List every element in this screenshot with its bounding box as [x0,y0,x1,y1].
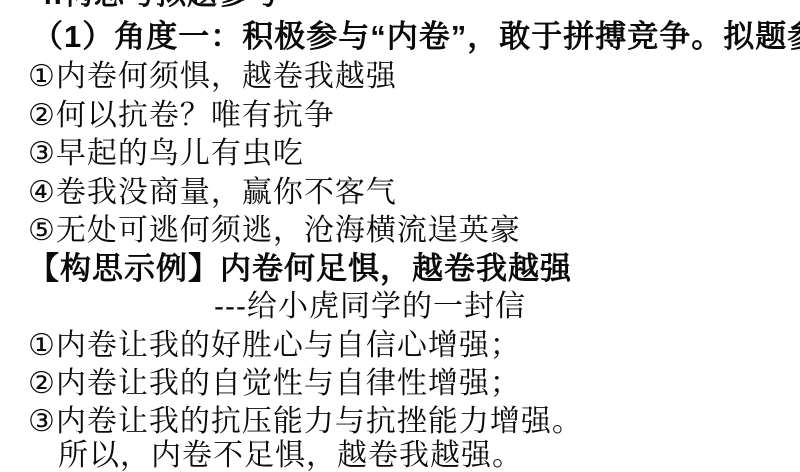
example-heading: 【构思示例】内卷何足惧，越卷我越强 [28,250,572,288]
clipped-top-heading: 4.构思与拟题参考 [36,0,280,14]
title-option-3: ③早起的鸟儿有虫吃 [28,135,304,173]
example-subtitle: ---给小虎同学的一封信 [214,288,526,326]
example-point-2: ②内卷让我的自觉性与自律性增强； [28,365,521,403]
conclusion-line: 所以，内卷不足惧，越卷我越强。 [58,437,523,472]
section-heading: （1）角度一：积极参与“内卷”，敢于拼搏竞争。拟题参考： [32,18,800,56]
title-option-4: ④卷我没商量，赢你不客气 [28,174,397,212]
title-option-2: ②何以抗卷？唯有抗争 [28,97,335,135]
title-option-1: ①内卷何须惧，越卷我越强 [28,58,397,96]
example-point-1: ①内卷让我的好胜心与自信心增强； [28,327,521,365]
example-point-3: ③内卷让我的抗压能力与抗挫能力增强。 [28,403,583,441]
title-option-5: ⑤无处可逃何须逃，沧海横流逞英豪 [28,212,521,250]
document-page: 4.构思与拟题参考 （1）角度一：积极参与“内卷”，敢于拼搏竞争。拟题参考： ①… [0,0,800,472]
